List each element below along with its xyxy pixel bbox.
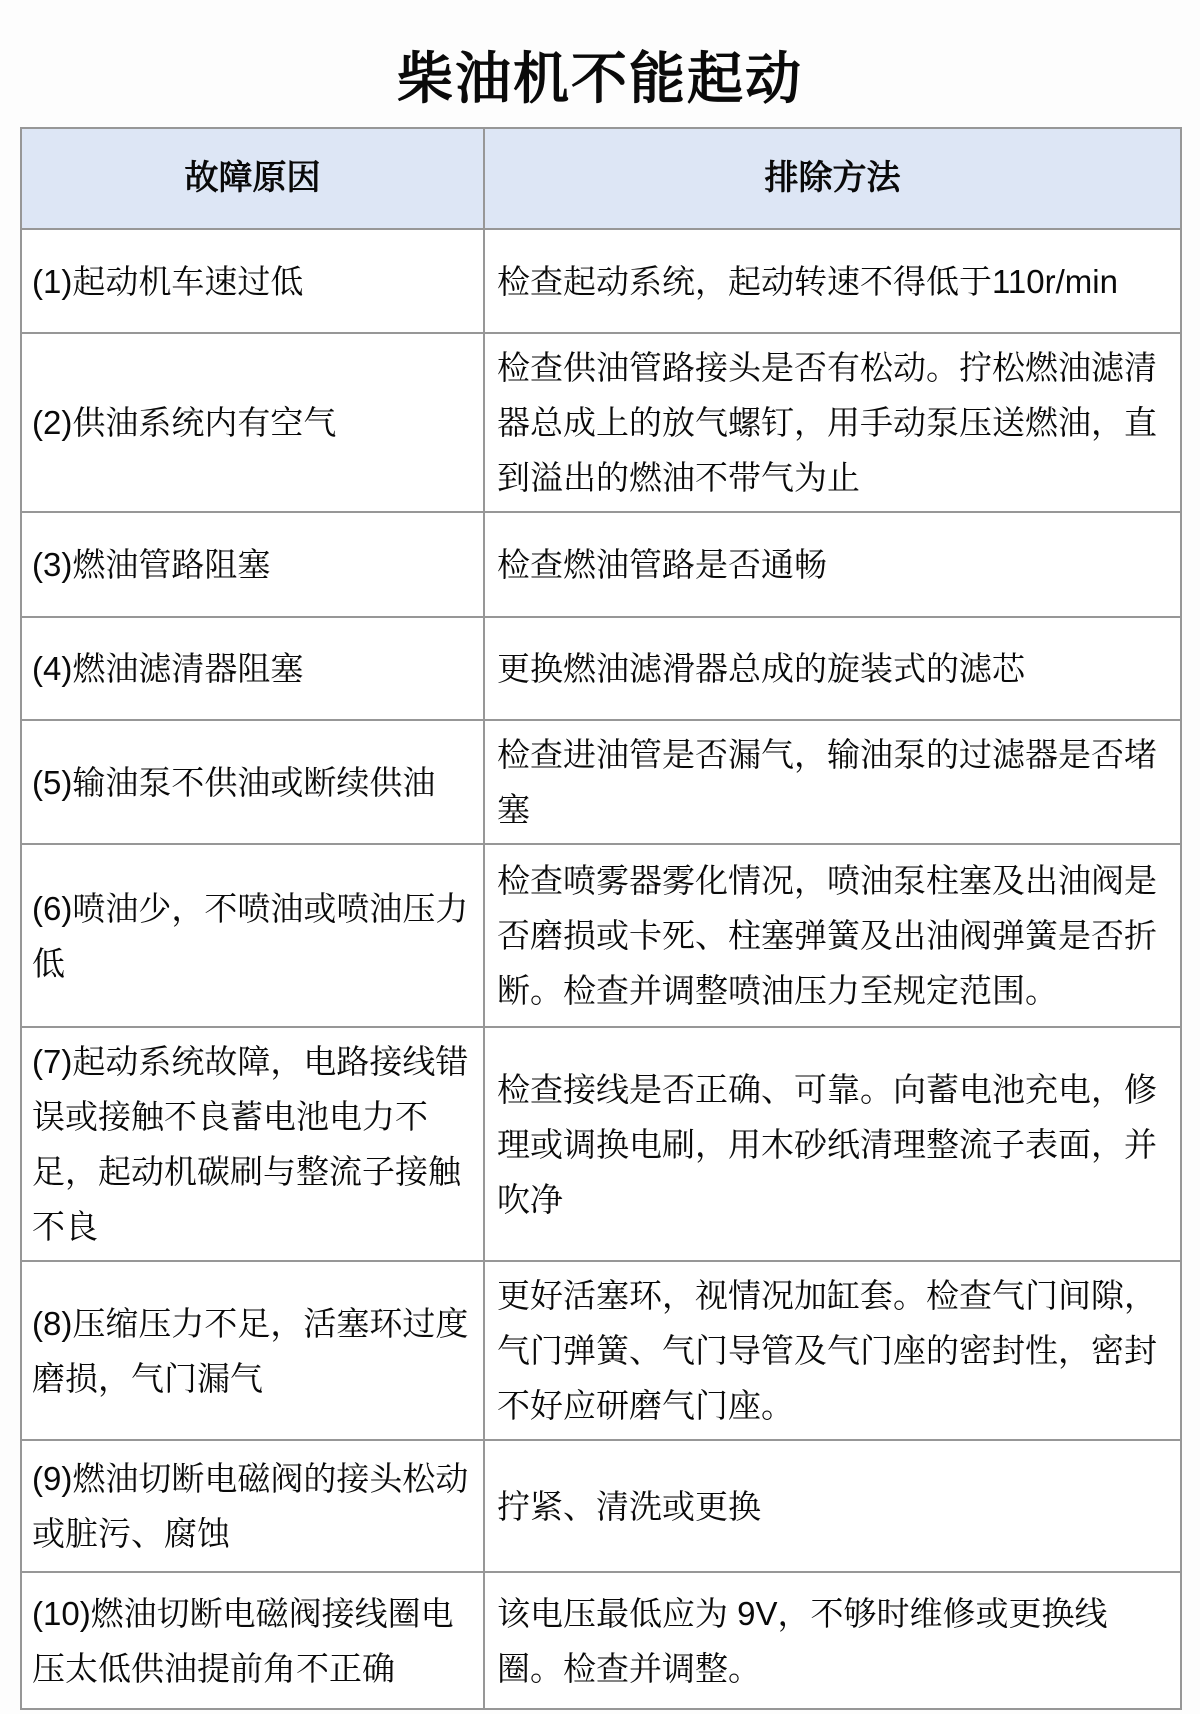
table-row: (7)起动系统故障，电路接线错误或接触不良蓄电池电力不足，起动机碳刷与整流子接触… xyxy=(21,1027,1181,1261)
fault-cause-cell: (7)起动系统故障，电路接线错误或接触不良蓄电池电力不足，起动机碳刷与整流子接触… xyxy=(21,1027,484,1261)
fault-cause-cell: (10)燃油切断电磁阀接线圈电压太低供油提前角不正确 xyxy=(21,1572,484,1709)
table-row: (9)燃油切断电磁阀的接头松动或脏污、腐蚀 拧紧、清洗或更换 xyxy=(21,1440,1181,1572)
table-row: (4)燃油滤清器阻塞 更换燃油滤滑器总成的旋装式的滤芯 xyxy=(21,617,1181,720)
remedy-cell: 检查燃油管路是否通畅 xyxy=(484,512,1181,617)
remedy-cell: 更换燃油滤滑器总成的旋装式的滤芯 xyxy=(484,617,1181,720)
table-row: (5)输油泵不供油或断续供油 检查进油管是否漏气，输油泵的过滤器是否堵塞 xyxy=(21,720,1181,844)
remedy-cell: 拧紧、清洗或更换 xyxy=(484,1440,1181,1572)
remedy-cell: 该电压最低应为 9V，不够时维修或更换线圈。检查并调整。 xyxy=(484,1572,1181,1709)
fault-cause-cell: (9)燃油切断电磁阀的接头松动或脏污、腐蚀 xyxy=(21,1440,484,1572)
column-header-cause: 故障原因 xyxy=(21,128,484,229)
fault-cause-cell: (8)压缩压力不足，活塞环过度磨损，气门漏气 xyxy=(21,1261,484,1440)
remedy-cell: 检查起动系统，起动转速不得低于110r/min xyxy=(484,229,1181,333)
column-header-remedy: 排除方法 xyxy=(484,128,1181,229)
remedy-cell: 检查进油管是否漏气，输油泵的过滤器是否堵塞 xyxy=(484,720,1181,844)
fault-cause-cell: (4)燃油滤清器阻塞 xyxy=(21,617,484,720)
remedy-cell: 检查供油管路接头是否有松动。拧松燃油滤清器总成上的放气螺钉，用手动泵压送燃油，直… xyxy=(484,333,1181,512)
remedy-cell: 检查喷雾器雾化情况，喷油泵柱塞及出油阀是否磨损或卡死、柱塞弹簧及出油阀弹簧是否折… xyxy=(484,844,1181,1027)
fault-cause-cell: (5)输油泵不供油或断续供油 xyxy=(21,720,484,844)
table-row: (3)燃油管路阻塞 检查燃油管路是否通畅 xyxy=(21,512,1181,617)
fault-cause-cell: (6)喷油少，不喷油或喷油压力低 xyxy=(21,844,484,1027)
fault-remedy-table: 故障原因 排除方法 (1)起动机车速过低 检查起动系统，起动转速不得低于110r… xyxy=(20,127,1182,1710)
table-row: (6)喷油少，不喷油或喷油压力低 检查喷雾器雾化情况，喷油泵柱塞及出油阀是否磨损… xyxy=(21,844,1181,1027)
fault-cause-cell: (2)供油系统内有空气 xyxy=(21,333,484,512)
remedy-cell: 更好活塞环，视情况加缸套。检查气门间隙，气门弹簧、气门导管及气门座的密封性，密封… xyxy=(484,1261,1181,1440)
table-row: (10)燃油切断电磁阀接线圈电压太低供油提前角不正确 该电压最低应为 9V，不够… xyxy=(21,1572,1181,1709)
page-title: 柴油机不能起动 xyxy=(0,30,1200,127)
table-row: (8)压缩压力不足，活塞环过度磨损，气门漏气 更好活塞环，视情况加缸套。检查气门… xyxy=(21,1261,1181,1440)
table-header-row: 故障原因 排除方法 xyxy=(21,128,1181,229)
table-row: (1)起动机车速过低 检查起动系统，起动转速不得低于110r/min xyxy=(21,229,1181,333)
table-row: (2)供油系统内有空气 检查供油管路接头是否有松动。拧松燃油滤清器总成上的放气螺… xyxy=(21,333,1181,512)
fault-cause-cell: (3)燃油管路阻塞 xyxy=(21,512,484,617)
remedy-cell: 检查接线是否正确、可靠。向蓄电池充电，修理或调换电刷，用木砂纸清理整流子表面，并… xyxy=(484,1027,1181,1261)
fault-cause-cell: (1)起动机车速过低 xyxy=(21,229,484,333)
